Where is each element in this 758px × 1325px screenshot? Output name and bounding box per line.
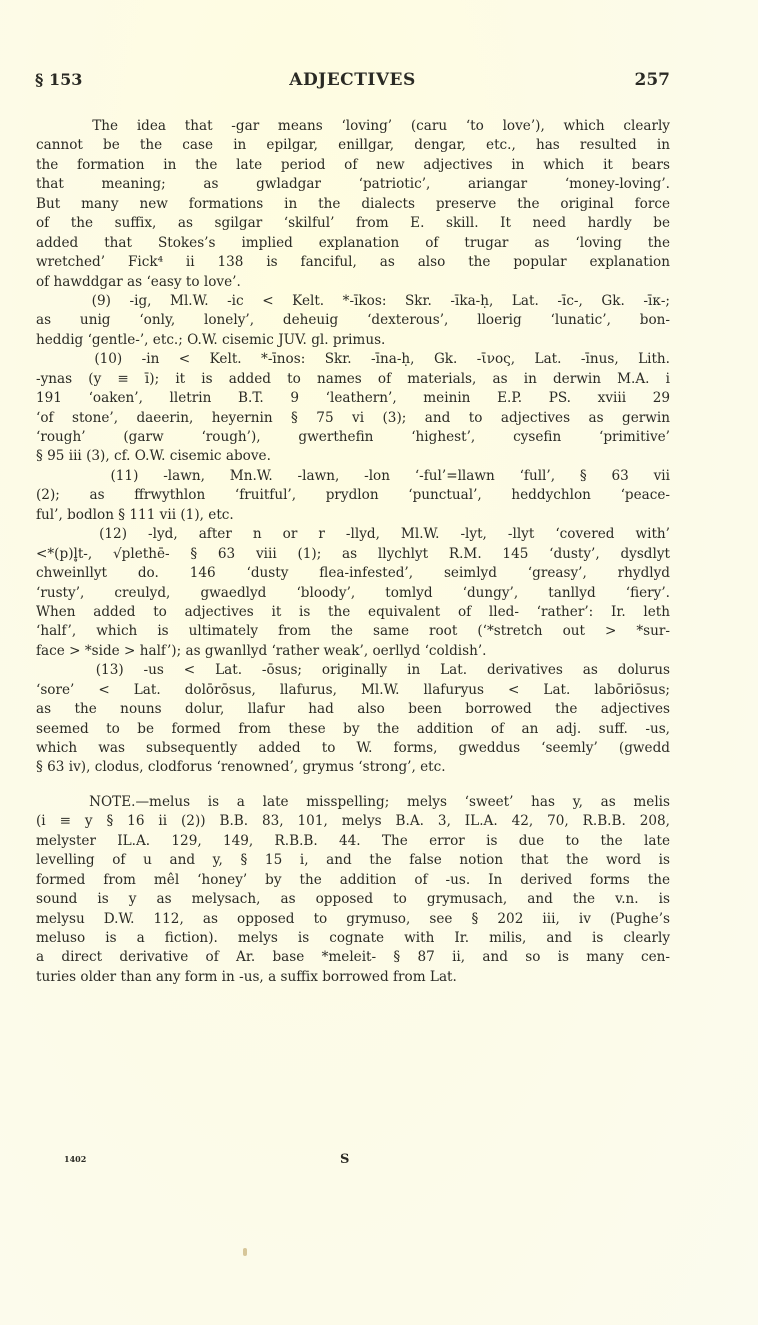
- text-line: wretched’ Fick⁴ ii 138 is fanciful, as a…: [36, 253, 670, 272]
- text-line: cannot be the case in epilgar, enillgar,…: [36, 136, 670, 155]
- text-line: heddig ‘gentle-’, etc.; O.W. cisemic JUV…: [36, 331, 670, 350]
- text-line: When added to adjectives it is the equiv…: [36, 603, 670, 622]
- text-line: 191 ‘oaken’, lletrin B.T. 9 ‘leathern’, …: [36, 389, 670, 408]
- note-line: formed from mêl ‘honey’ by the addition …: [36, 871, 670, 890]
- text-line: (12) -lyd, after n or r -llyd, Ml.W. -ly…: [36, 525, 670, 544]
- text-line: (10) -in < Kelt. *-īnos: Skr. -īna-ḥ, Gk…: [36, 350, 670, 369]
- text-line: of hawddgar as ‘easy to love’.: [36, 273, 670, 292]
- note-line: meluso is a fiction). melys is cognate w…: [36, 929, 670, 948]
- paper-blemish: [243, 1248, 247, 1256]
- text-line: the formation in the late period of new …: [36, 156, 670, 175]
- page-title: ADJECTIVES: [35, 70, 670, 90]
- text-line: <*(p)l̥t-, √plethē- § 63 viii (1); as ll…: [36, 545, 670, 564]
- text-line: But many new formations in the dialects …: [36, 195, 670, 214]
- signature-number: 1402: [64, 1154, 86, 1164]
- page-number: 257: [635, 70, 671, 90]
- text-line: (2); as ffrwythlon ‘fruitful’, prydlon ‘…: [36, 486, 670, 505]
- note-line: a direct derivative of Ar. base *meleit-…: [36, 948, 670, 967]
- note-line: turies older than any form in -us, a suf…: [36, 968, 670, 987]
- text-line: ‘of stone’, daeerin, heyernin § 75 vi (3…: [36, 409, 670, 428]
- text-line: (9) -ig, Ml.W. -ic < Kelt. *-īkos: Skr. …: [36, 292, 670, 311]
- text-line: that meaning; as gwladgar ‘patriotic’, a…: [36, 175, 670, 194]
- text-line: of the suffix, as sgilgar ‘skilful’ from…: [36, 214, 670, 233]
- text-line: which was subsequently added to W. forms…: [36, 739, 670, 758]
- note-line: NOTE.—melus is a late misspelling; melys…: [36, 793, 670, 812]
- text-line: The idea that -gar means ‘loving’ (caru …: [36, 117, 670, 136]
- signature-mark: S: [340, 1152, 349, 1167]
- text-line: as unig ‘only, lonely’, deheuig ‘dextero…: [36, 311, 670, 330]
- text-line: ful’, bodlon § 111 vii (1), etc.: [36, 506, 670, 525]
- text-line: ‘half’, which is ultimately from the sam…: [36, 622, 670, 641]
- note-line: melyster IL.A. 129, 149, R.B.B. 44. The …: [36, 832, 670, 851]
- text-line: (11) -lawn, Mn.W. -lawn, -lon ‘-ful’=lla…: [36, 467, 670, 486]
- text-line: seemed to be formed from these by the ad…: [36, 720, 670, 739]
- note-line: melysu D.W. 112, as opposed to grymuso, …: [36, 910, 670, 929]
- paragraph-gap: [36, 778, 670, 793]
- text-line: § 63 iv), clodus, clodforus ‘renowned’, …: [36, 758, 670, 777]
- text-line: ‘rough’ (garw ‘rough’), gwerthefin ‘high…: [36, 428, 670, 447]
- text-line: § 95 iii (3), cf. O.W. cisemic above.: [36, 447, 670, 466]
- note-line: levelling of u and y, § 15 i, and the fa…: [36, 851, 670, 870]
- note-line: sound is y as melysach, as opposed to gr…: [36, 890, 670, 909]
- text-line: (13) -us < Lat. -ōsus; originally in Lat…: [36, 661, 670, 680]
- text-line: as the nouns dolur, llafur had also been…: [36, 700, 670, 719]
- text-line: face > *side > half’); as gwanllyd ‘rath…: [36, 642, 670, 661]
- running-header: § 153 ADJECTIVES 257: [35, 70, 670, 100]
- text-line: ‘rusty’, creulyd, gwaedlyd ‘bloody’, tom…: [36, 584, 670, 603]
- text-line: -ynas (y ≡ ī); it is added to names of m…: [36, 370, 670, 389]
- note-line: (i ≡ y § 16 ii (2)) B.B. 83, 101, melys …: [36, 812, 670, 831]
- text-line: chweinllyt do. 146 ‘dusty flea-infested’…: [36, 564, 670, 583]
- text-line: ‘sore’ < Lat. dolōrōsus, llafurus, Ml.W.…: [36, 681, 670, 700]
- body-text: The idea that -gar means ‘loving’ (caru …: [36, 117, 670, 987]
- text-line: added that Stokes’s implied explanation …: [36, 234, 670, 253]
